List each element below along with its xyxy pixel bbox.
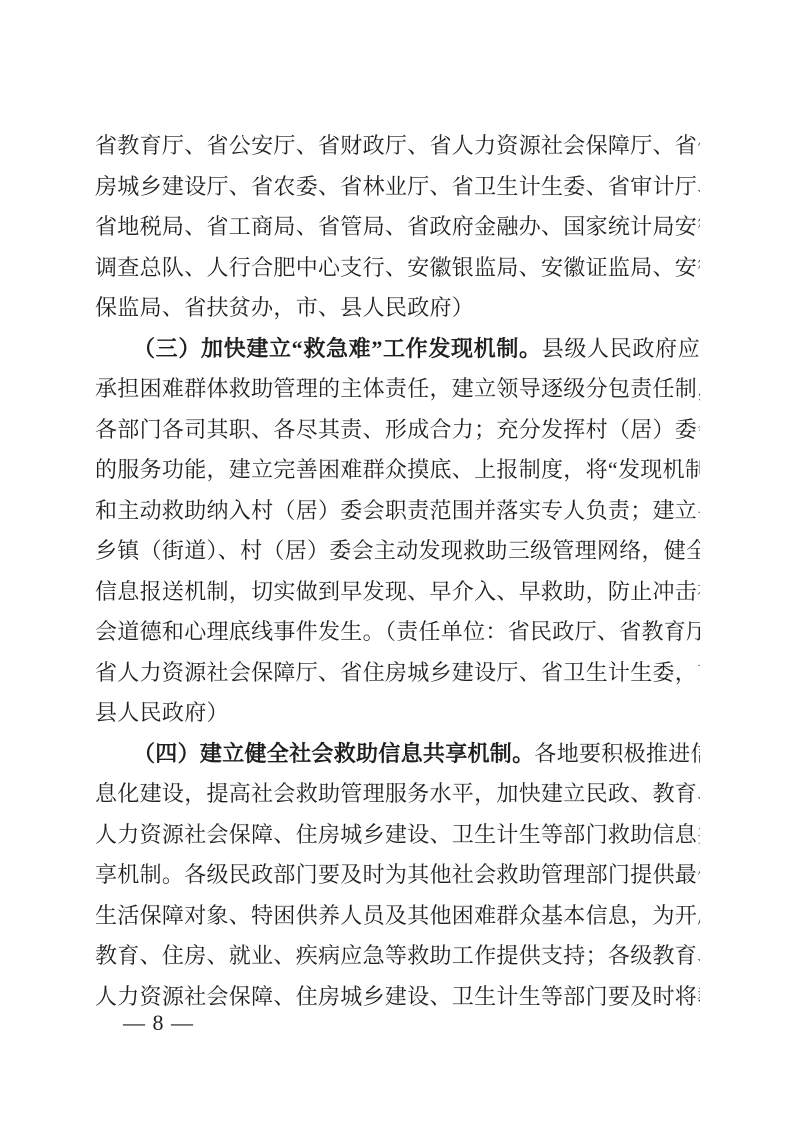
section-3-line-4: 和主动救助纳入村（居）委会职责范围并落实专人负责；建立县、 (95, 491, 700, 532)
section-4-heading: （四）建立健全社会救助信息共享机制。 (133, 741, 534, 766)
text-line-units-4: 调查总队、人行合肥中心支行、安徽银监局、安徽证监局、安徽 (95, 248, 700, 289)
section-3-heading-tail: 县级人民政府应 (542, 336, 700, 361)
section-3-heading-line: （三）加快建立“救急难”工作发现机制。县级人民政府应 (95, 329, 700, 370)
section-3-line-5: 乡镇（街道）、村（居）委会主动发现救助三级管理网络，健全 (95, 531, 700, 572)
text-line-units-1: 省教育厅、省公安厅、省财政厅、省人力资源社会保障厅、省住 (95, 126, 700, 167)
section-3-line-6: 信息报送机制，切实做到早发现、早介入、早救助，防止冲击社 (95, 572, 700, 613)
section-4-line-2: 人力资源社会保障、住房城乡建设、卫生计生等部门救助信息共 (95, 815, 700, 856)
text-line-units-5: 保监局、省扶贫办，市、县人民政府） (95, 288, 700, 329)
section-3-heading: （三）加快建立“救急难”工作发现机制。 (133, 336, 542, 361)
section-4-line-4: 生活保障对象、特困供养人员及其他困难群众基本信息，为开展 (95, 896, 700, 937)
section-3-line-8: 省人力资源社会保障厅、省住房城乡建设厅、省卫生计生委，市、 (95, 653, 700, 694)
section-3-line-7: 会道德和心理底线事件发生。（责任单位：省民政厅、省教育厅、 (95, 612, 700, 653)
text-line-units-3: 省地税局、省工商局、省管局、省政府金融办、国家统计局安徽 (95, 207, 700, 248)
section-4-line-5: 教育、住房、就业、疾病应急等救助工作提供支持；各级教育、 (95, 936, 700, 977)
section-4-heading-line: （四）建立健全社会救助信息共享机制。各地要积极推进信 (95, 734, 700, 775)
section-4-heading-tail: 各地要积极推进信 (534, 741, 700, 766)
document-body: 省教育厅、省公安厅、省财政厅、省人力资源社会保障厅、省住 房城乡建设厅、省农委、… (95, 126, 700, 1017)
section-4-line-3: 享机制。各级民政部门要及时为其他社会救助管理部门提供最低 (95, 855, 700, 896)
section-3-line-3: 的服务功能，建立完善困难群众摸底、上报制度，将“发现机制” (95, 450, 700, 491)
section-3-line-1: 承担困难群体救助管理的主体责任，建立领导逐级分包责任制， (95, 369, 700, 410)
section-4-line-1: 息化建设，提高社会救助管理服务水平，加快建立民政、教育、 (95, 774, 700, 815)
text-line-units-2: 房城乡建设厅、省农委、省林业厅、省卫生计生委、省审计厅、 (95, 167, 700, 208)
section-3-line-9: 县人民政府） (95, 693, 700, 734)
document-page: 省教育厅、省公安厅、省财政厅、省人力资源社会保障厅、省住 房城乡建设厅、省农委、… (0, 0, 793, 1122)
page-number: — 8 — (123, 1008, 194, 1038)
section-3-line-2: 各部门各司其职、各尽其责、形成合力；充分发挥村（居）委会 (95, 410, 700, 451)
